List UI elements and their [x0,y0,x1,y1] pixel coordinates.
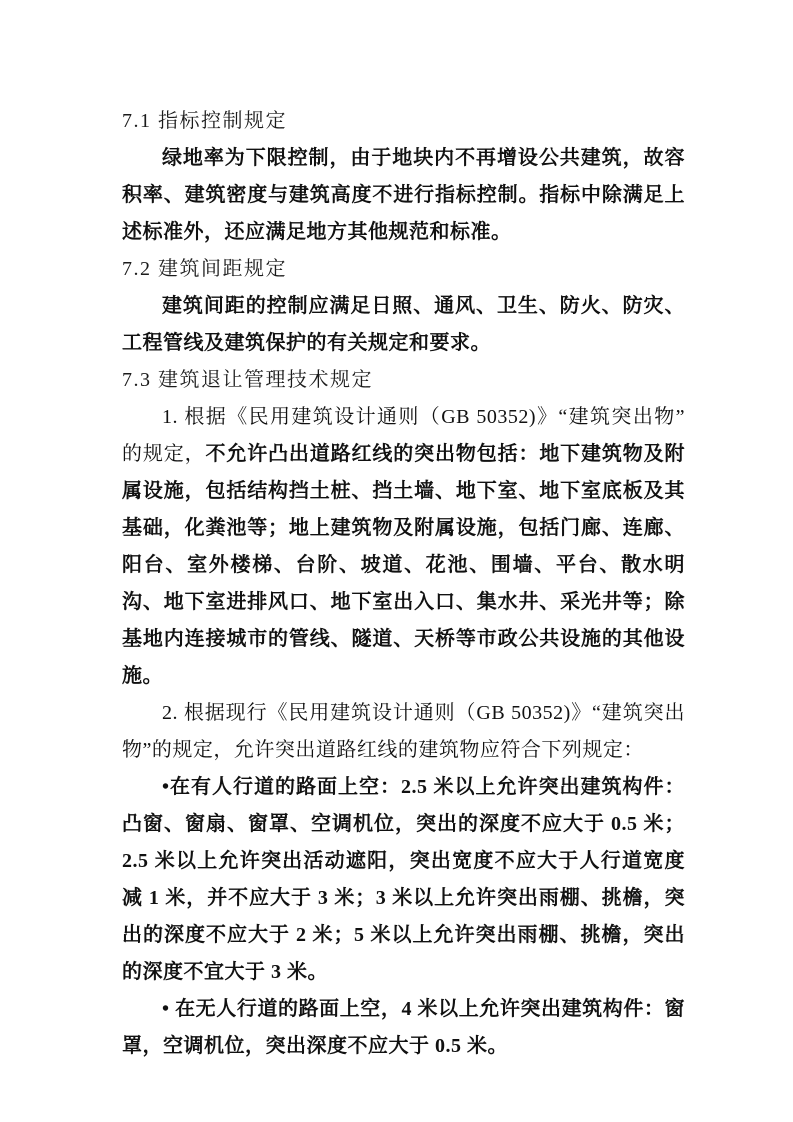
text-segment: 不允许凸出道路红线的突出物包括：地下建筑物及附属设施，包括结构挡土桩、挡土墙、地… [122,443,685,687]
paragraph: 1. 根据《民用建筑设计通则（GB 50352)》“建筑突出物”的规定，不允许凸… [122,399,685,695]
section-heading-7-1: 7.1 指标控制规定 [122,103,685,140]
document-page: 7.1 指标控制规定绿地率为下限控制，由于地块内不再增设公共建筑，故容积率、建筑… [0,0,793,1122]
text-segment: 建筑间距的控制应满足日照、通风、卫生、防火、防灾、工程管线及建筑保护的有关规定和… [122,295,685,354]
section-heading-7-3: 7.3 建筑退让管理技术规定 [122,362,685,399]
document-body: 7.1 指标控制规定绿地率为下限控制，由于地块内不再增设公共建筑，故容积率、建筑… [122,103,685,1065]
paragraph: 2. 根据现行《民用建筑设计通则（GB 50352)》“建筑突出物”的规定，允许… [122,695,685,769]
text-segment: •在有人行道的路面上空：2.5 米以上允许突出建筑构件：凸窗、窗扇、窗罩、空调机… [122,776,685,983]
text-segment: 2. 根据现行《民用建筑设计通则（GB 50352)》“建筑突出物”的规定，允许… [122,702,685,761]
text-segment: • 在无人行道的路面上空，4 米以上允许突出建筑构件：窗罩，空调机位，突出深度不… [122,998,685,1057]
paragraph: 绿地率为下限控制，由于地块内不再增设公共建筑，故容积率、建筑密度与建筑高度不进行… [122,140,685,251]
paragraph: •在有人行道的路面上空：2.5 米以上允许突出建筑构件：凸窗、窗扇、窗罩、空调机… [122,769,685,991]
text-segment: 绿地率为下限控制，由于地块内不再增设公共建筑，故容积率、建筑密度与建筑高度不进行… [122,147,685,243]
section-heading-7-2: 7.2 建筑间距规定 [122,251,685,288]
paragraph: • 在无人行道的路面上空，4 米以上允许突出建筑构件：窗罩，空调机位，突出深度不… [122,991,685,1065]
paragraph: 建筑间距的控制应满足日照、通风、卫生、防火、防灾、工程管线及建筑保护的有关规定和… [122,288,685,362]
